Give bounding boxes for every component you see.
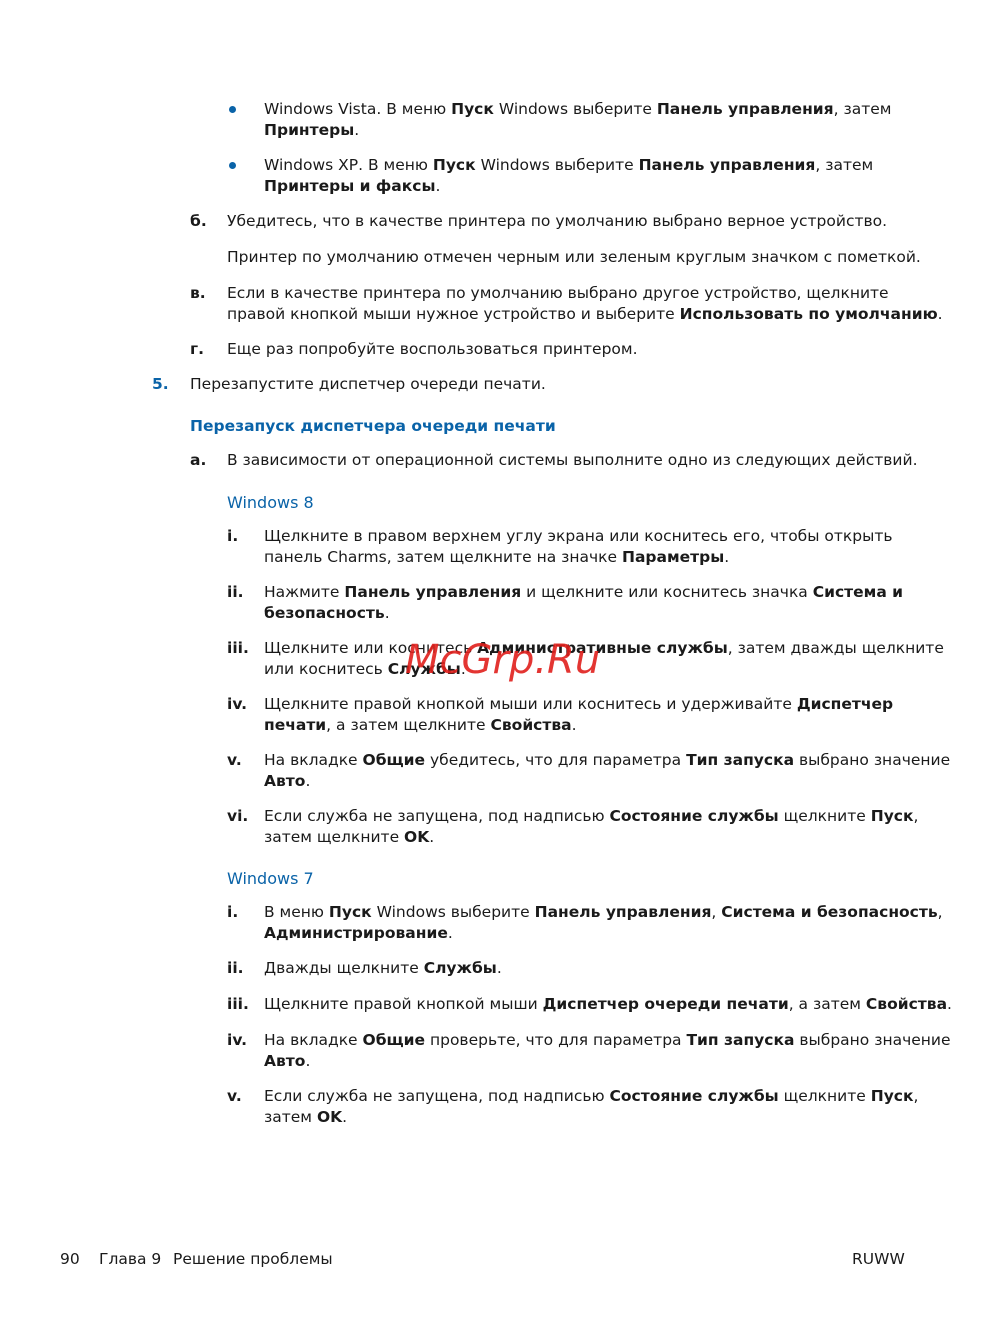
- step-text-line: Авто.: [264, 771, 310, 792]
- step-text-line: Нажмите Панель управления и щелкните или…: [264, 582, 903, 603]
- bullet-xp-line1: Windows XP. В меню Пуск Windows выберите…: [264, 155, 873, 176]
- step-text-line: Дважды щелкните Службы.: [264, 958, 502, 979]
- step-marker: vi.: [227, 806, 248, 827]
- step-marker: i.: [227, 902, 238, 923]
- bullet-xp-line2: Принтеры и факсы.: [264, 176, 440, 197]
- step-marker: ii.: [227, 958, 244, 979]
- step-marker: iii.: [227, 994, 249, 1015]
- step-b-text: Убедитесь, что в качестве принтера по ум…: [227, 211, 887, 232]
- step-b-marker: б.: [190, 211, 207, 232]
- step-v-marker: в.: [190, 283, 206, 304]
- step-marker: v.: [227, 750, 242, 771]
- step-text-line: На вкладке Общие убедитесь, что для пара…: [264, 750, 950, 771]
- windows-8-heading: Windows 8: [227, 492, 314, 513]
- step-text-line: В меню Пуск Windows выберите Панель упра…: [264, 902, 943, 923]
- step-marker: ii.: [227, 582, 244, 603]
- step-a-text: В зависимости от операционной системы вы…: [227, 450, 918, 471]
- footer-chapter: Глава 9: [99, 1249, 161, 1270]
- step-5-number: 5.: [152, 374, 169, 395]
- section-heading: Перезапуск диспетчера очереди печати: [190, 416, 556, 437]
- step-g-text: Еще раз попробуйте воспользоваться принт…: [227, 339, 638, 360]
- step-a-marker: а.: [190, 450, 206, 471]
- step-marker: iv.: [227, 694, 247, 715]
- bullet-icon: [229, 162, 236, 169]
- watermark: McGrp.Ru: [405, 636, 600, 684]
- step-text-line: Щелкните правой кнопкой мыши Диспетчер о…: [264, 994, 952, 1015]
- step-text-line: панель Charms, затем щелкните на значке …: [264, 547, 729, 568]
- step-text-line: На вкладке Общие проверьте, что для пара…: [264, 1030, 951, 1051]
- step-text-line: печати, а затем щелкните Свойства.: [264, 715, 577, 736]
- step-text-line: Администрирование.: [264, 923, 453, 944]
- step-text-line: Если служба не запущена, под надписью Со…: [264, 1086, 918, 1107]
- step-text-line: затем OK.: [264, 1107, 347, 1128]
- step-5-text: Перезапустите диспетчер очереди печати.: [190, 374, 546, 395]
- step-g-marker: г.: [190, 339, 204, 360]
- step-text-line: затем щелкните OK.: [264, 827, 434, 848]
- footer-locale: RUWW: [852, 1249, 905, 1270]
- bullet-icon: [229, 106, 236, 113]
- footer-chapter-title: Решение проблемы: [173, 1249, 333, 1270]
- step-text-line: безопасность.: [264, 603, 390, 624]
- step-text-line: Щелкните правой кнопкой мыши или косните…: [264, 694, 893, 715]
- step-v-line1: Если в качестве принтера по умолчанию вы…: [227, 283, 889, 304]
- step-text-line: Щелкните в правом верхнем углу экрана ил…: [264, 526, 893, 547]
- bullet-vista-line1: Windows Vista. В меню Пуск Windows выбер…: [264, 99, 891, 120]
- step-marker: iii.: [227, 638, 249, 659]
- step-marker: v.: [227, 1086, 242, 1107]
- step-text-line: Авто.: [264, 1051, 310, 1072]
- step-v-line2: правой кнопкой мыши нужное устройство и …: [227, 304, 943, 325]
- windows-7-heading: Windows 7: [227, 868, 314, 889]
- step-b-note: Принтер по умолчанию отмечен черным или …: [227, 247, 921, 268]
- step-text-line: Щелкните или коснитесь Административные …: [264, 638, 944, 659]
- footer-page-number: 90: [60, 1249, 80, 1270]
- bullet-vista-line2: Принтеры.: [264, 120, 359, 141]
- step-marker: i.: [227, 526, 238, 547]
- step-marker: iv.: [227, 1030, 247, 1051]
- step-text-line: Если служба не запущена, под надписью Со…: [264, 806, 918, 827]
